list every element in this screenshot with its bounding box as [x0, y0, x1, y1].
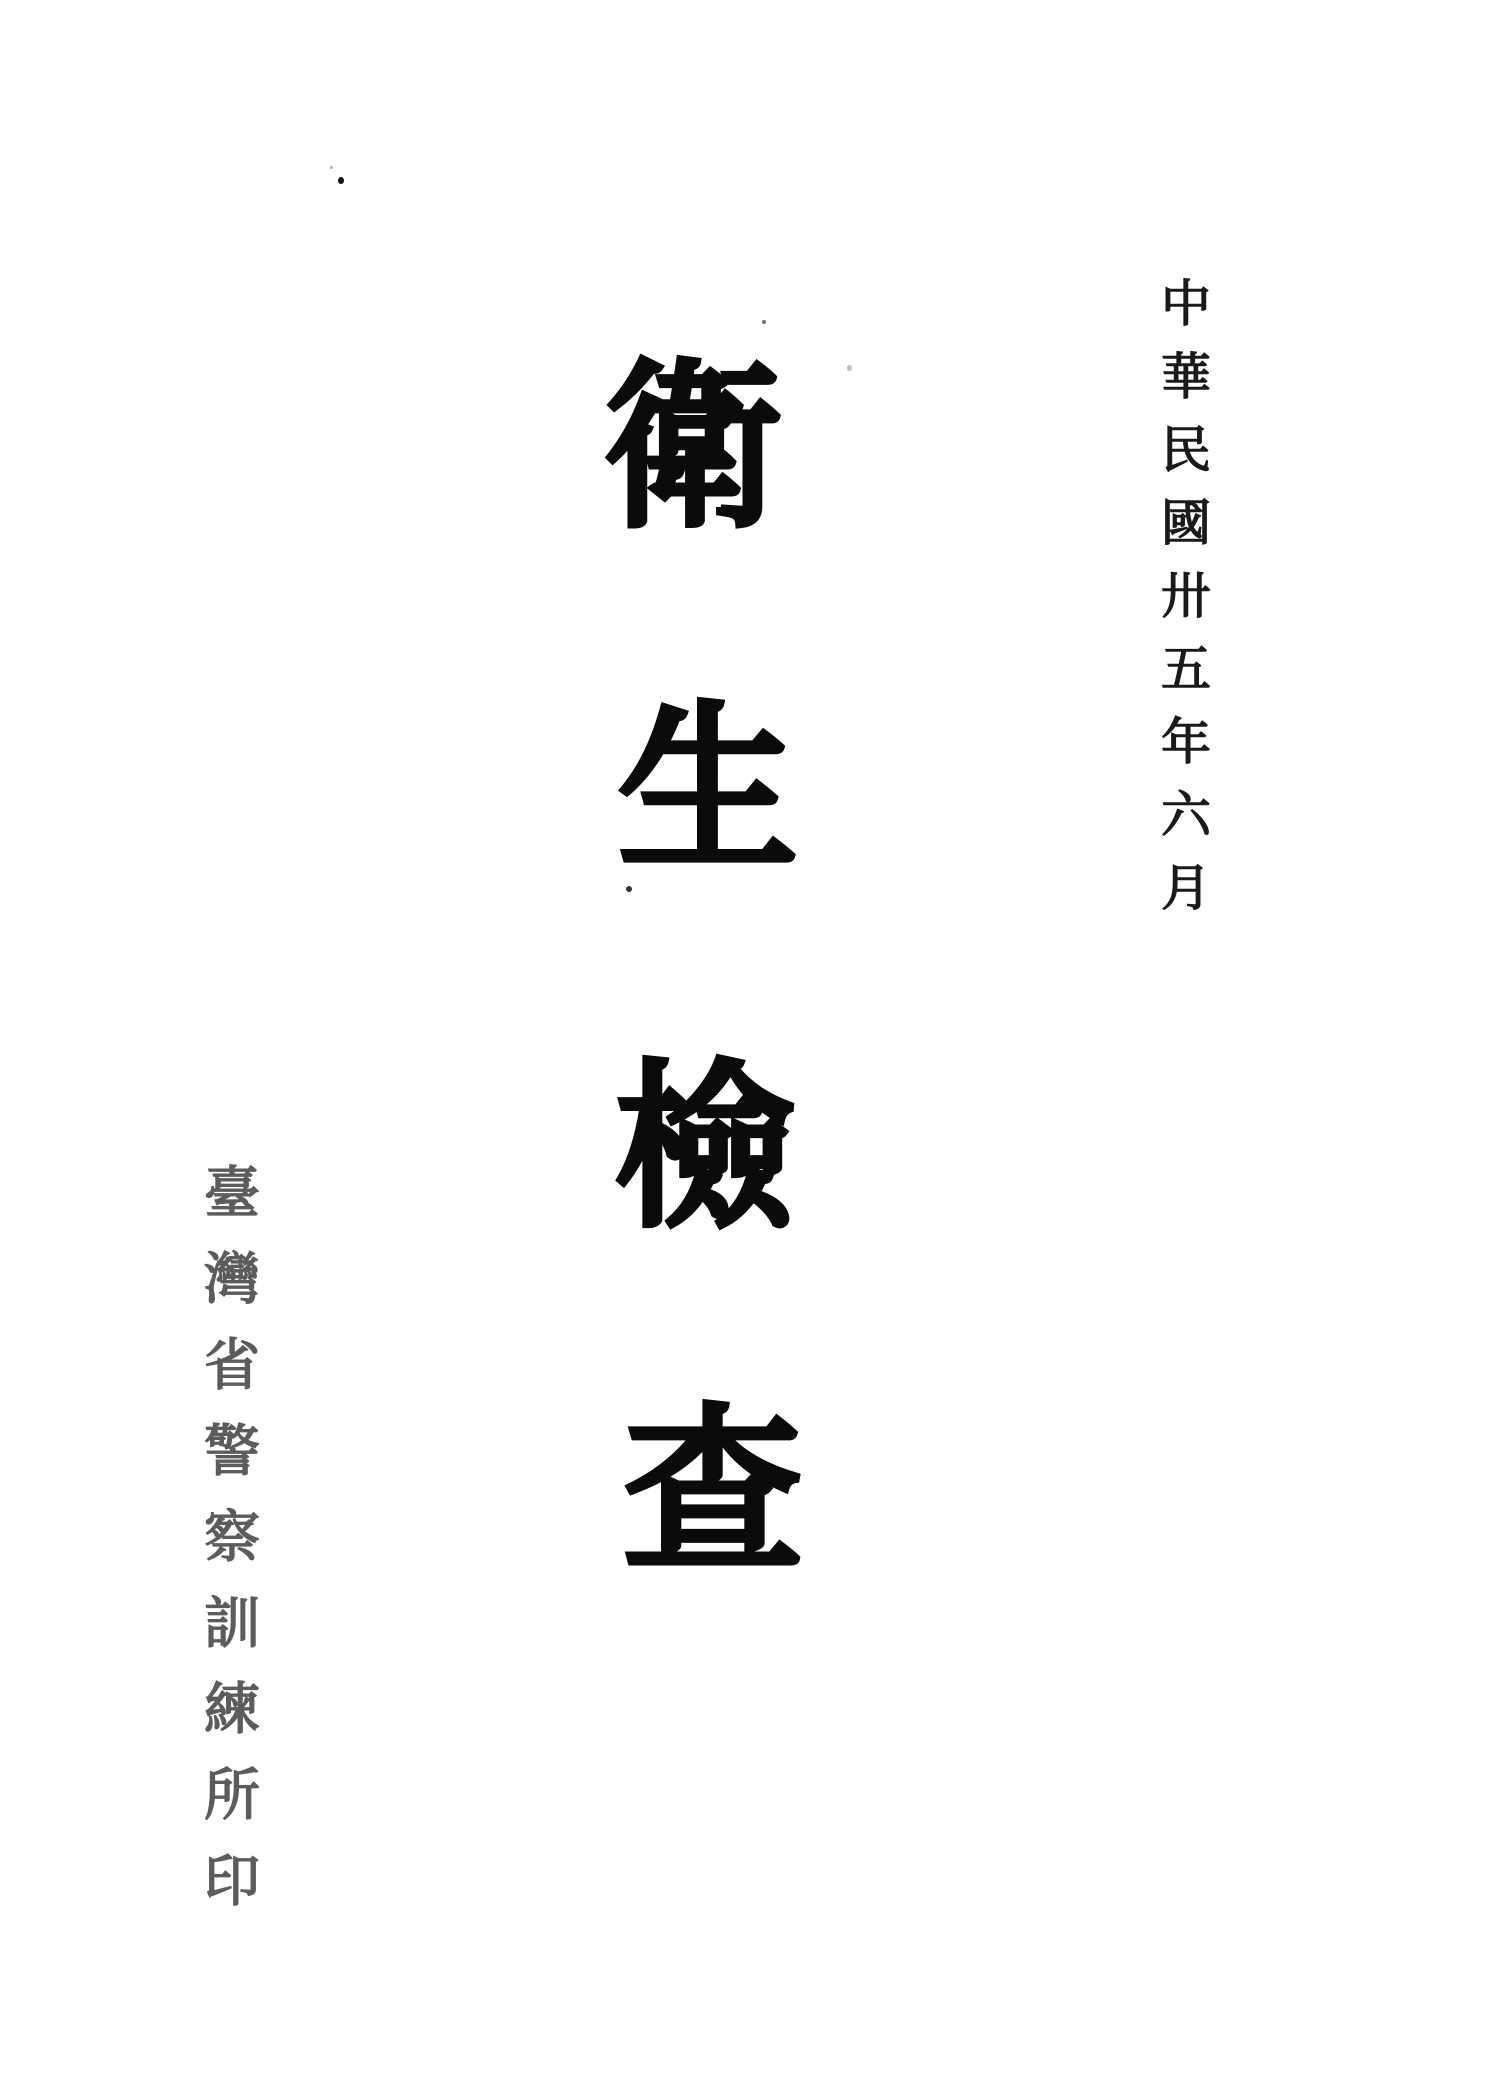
- scan-speck: [762, 320, 766, 324]
- publisher-column: 臺灣省警察訓練所印: [188, 1163, 268, 1937]
- scan-speck: [847, 365, 852, 371]
- date-column: 中華民國卅五年六月: [1146, 277, 1218, 934]
- title-char-wei: 衛: [598, 353, 788, 543]
- title-char-jian: 檢: [610, 1053, 800, 1243]
- title-char-cha: 查: [618, 1397, 808, 1587]
- scan-speck: [330, 166, 333, 169]
- title-char-sheng: 生: [613, 695, 803, 885]
- scan-speck: [338, 177, 344, 184]
- scan-speck: [626, 886, 632, 892]
- scanned-cover-page: 衛 生 檢 查 中華民國卅五年六月 臺灣省警察訓練所印: [0, 0, 1500, 2100]
